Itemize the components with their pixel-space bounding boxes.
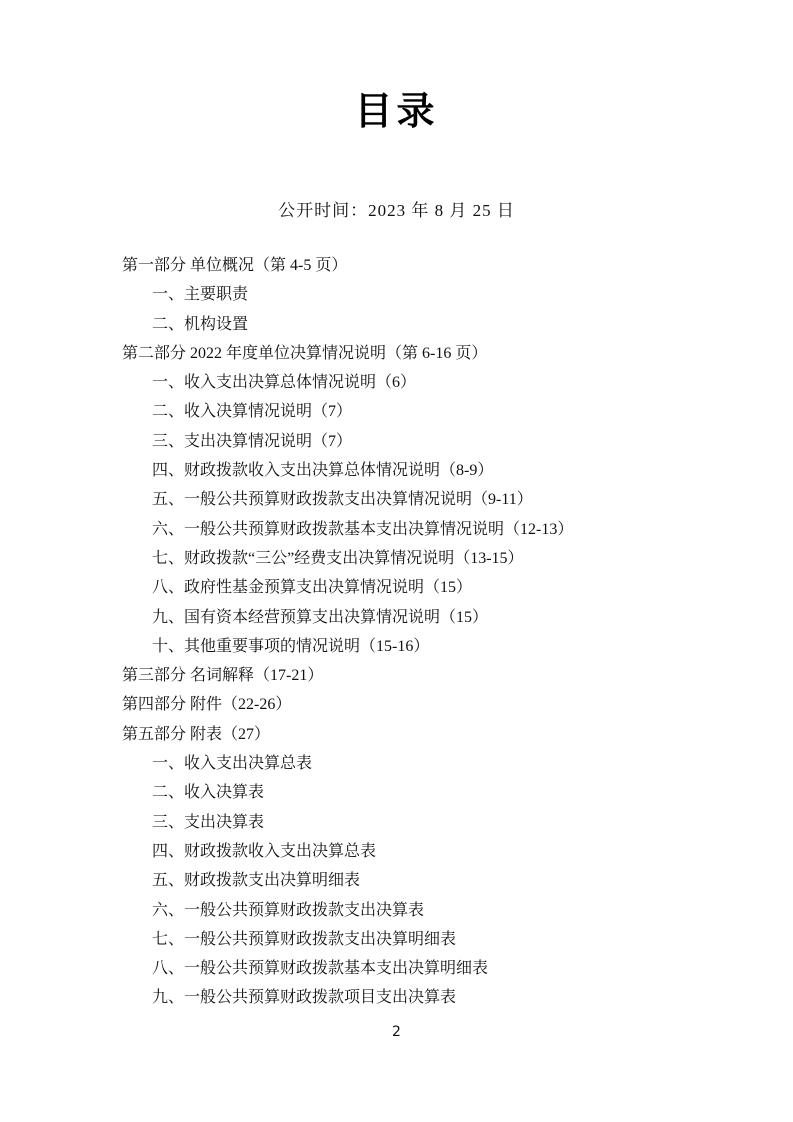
- document-page: 目录 公开时间：2023 年 8 月 25 日 第一部分 单位概况（第 4-5 …: [0, 0, 793, 1122]
- toc-item: 八、一般公共预算财政拨款基本支出决算明细表: [122, 954, 733, 983]
- publish-time: 公开时间：2023 年 8 月 25 日: [0, 196, 793, 221]
- toc-item: 十、其他重要事项的情况说明（15-16）: [122, 632, 733, 661]
- toc-item: 二、收入决算情况说明（7）: [122, 397, 733, 426]
- toc-item: 七、财政拨款“三公”经费支出决算情况说明（13-15）: [122, 544, 733, 573]
- toc-item: 二、收入决算表: [122, 778, 733, 807]
- toc-item: 七、一般公共预算财政拨款支出决算明细表: [122, 925, 733, 954]
- toc-item: 九、一般公共预算财政拨款项目支出决算表: [122, 983, 733, 1012]
- toc-item: 第一部分 单位概况（第 4-5 页）: [122, 251, 733, 280]
- toc-item: 四、财政拨款收入支出决算总表: [122, 837, 733, 866]
- toc-item: 二、机构设置: [122, 310, 733, 339]
- page-number: 2: [0, 1024, 793, 1040]
- toc-item: 六、一般公共预算财政拨款支出决算表: [122, 896, 733, 925]
- toc-item: 第四部分 附件（22-26）: [122, 690, 733, 719]
- toc-item: 三、支出决算情况说明（7）: [122, 427, 733, 456]
- toc-item: 一、主要职责: [122, 280, 733, 309]
- toc-item: 一、收入支出决算总表: [122, 749, 733, 778]
- toc-item: 五、财政拨款支出决算明细表: [122, 866, 733, 895]
- toc-item: 第三部分 名词解释（17-21）: [122, 661, 733, 690]
- page-title: 目录: [0, 90, 793, 132]
- toc-item: 八、政府性基金预算支出决算情况说明（15）: [122, 573, 733, 602]
- toc-item: 一、收入支出决算总体情况说明（6）: [122, 368, 733, 397]
- toc-item: 四、财政拨款收入支出决算总体情况说明（8-9）: [122, 456, 733, 485]
- toc-item: 第五部分 附表（27）: [122, 720, 733, 749]
- toc-item: 三、支出决算表: [122, 808, 733, 837]
- toc-list: 第一部分 单位概况（第 4-5 页）一、主要职责二、机构设置第二部分 2022 …: [122, 251, 733, 1013]
- toc-item: 五、一般公共预算财政拨款支出决算情况说明（9-11）: [122, 485, 733, 514]
- toc-item: 六、一般公共预算财政拨款基本支出决算情况说明（12-13）: [122, 515, 733, 544]
- toc-item: 第二部分 2022 年度单位决算情况说明（第 6-16 页）: [122, 339, 733, 368]
- toc-item: 九、国有资本经营预算支出决算情况说明（15）: [122, 603, 733, 632]
